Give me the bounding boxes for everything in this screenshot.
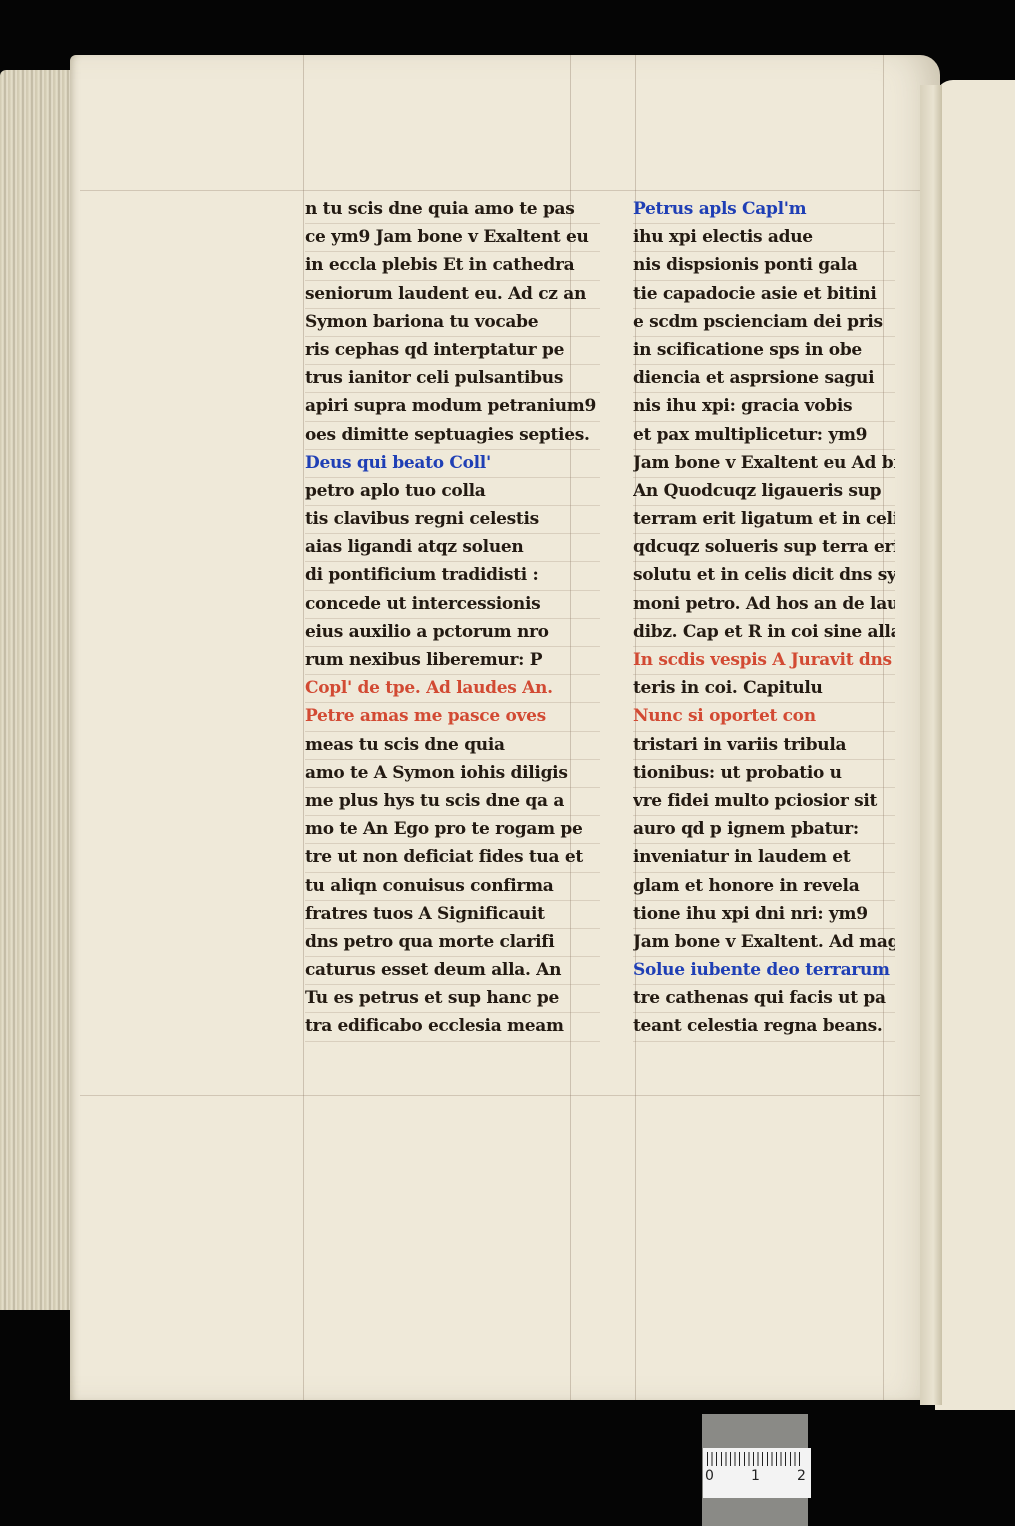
rubric-line: In scdis vespis A Juravit dns et (633, 647, 895, 675)
text-line: seniorum laudent eu. Ad cz an (305, 281, 600, 309)
text-line-initial-red: Nunc si oportet con (633, 703, 895, 731)
text-line: ris cephas qd interptatur pe (305, 337, 600, 365)
text-line: dibz. Cap et R in coi sine alla (633, 619, 895, 647)
text-line: petro aplo tuo colla (305, 478, 600, 506)
ruler-ticks (707, 1452, 803, 1466)
text-line: Jam bone v Exaltent eu Ad bn (633, 450, 895, 478)
text-line: An Quodcuqz ligaueris sup (633, 478, 895, 506)
ruler-label: 1 (751, 1468, 760, 1484)
gutter (920, 85, 942, 1405)
right-text-column: Petrus apls Capl'm ihu xpi electis adue … (633, 196, 895, 1042)
text-line-initial-blue: Solue iubente deo terrarum pe (633, 957, 895, 985)
text-line: ce ym9 Jam bone v Exaltent eu (305, 224, 600, 252)
rubric-line: Copl' de tpe. Ad laudes An. (305, 675, 600, 703)
text-line: trus ianitor celi pulsantibus (305, 365, 600, 393)
text-line: moni petro. Ad hos an de lau (633, 591, 895, 619)
text-line: ihu xpi electis adue (633, 224, 895, 252)
ruler-label: 0 (705, 1468, 714, 1484)
text-line: me plus hys tu scis dne qa a (305, 788, 600, 816)
text-line: tis clavibus regni celestis (305, 506, 600, 534)
text-line: amo te A Symon iohis diligis (305, 760, 600, 788)
text-line: fratres tuos A Significauit (305, 901, 600, 929)
text-line: meas tu scis dne quia (305, 732, 600, 760)
scale-ruler: 0 1 2 (703, 1448, 811, 1498)
text-line: tionibus: ut probatio u (633, 760, 895, 788)
text-line: apiri supra modum petranium9 (305, 393, 600, 421)
text-line: e scdm pscienciam dei pris (633, 309, 895, 337)
text-line: tie capadocie asie et bitini (633, 281, 895, 309)
page-edges (0, 70, 80, 1310)
text-line: mo te An Ego pro te rogam pe (305, 816, 600, 844)
text-line: terram erit ligatum et in celis et (633, 506, 895, 534)
text-line: rum nexibus liberemur: P (305, 647, 600, 675)
text-line: tre cathenas qui facis ut pa (633, 985, 895, 1013)
text-line-initial-blue: Deus qui beato Coll' (305, 450, 600, 478)
text-line: nis dispsionis ponti gala (633, 252, 895, 280)
text-line: caturus esset deum alla. An (305, 957, 600, 985)
ruler-label: 2 (797, 1468, 806, 1484)
text-line: tu aliqn conuisus confirma (305, 873, 600, 901)
text-line: diencia et asprsione sagui (633, 365, 895, 393)
text-line: Tu es petrus et sup hanc pe (305, 985, 600, 1013)
text-line: dns petro qua morte clarifi (305, 929, 600, 957)
text-line: solutu et in celis dicit dns sy (633, 562, 895, 590)
text-line: tra edificabo ecclesia meam (305, 1013, 600, 1041)
text-line: eius auxilio a pctorum nro (305, 619, 600, 647)
ruling-line (303, 55, 304, 1400)
text-line: nis ihu xpi: gracia vobis (633, 393, 895, 421)
left-text-column: n tu scis dne quia amo te pas ce ym9 Jam… (305, 196, 600, 1042)
text-line: et pax multiplicetur: ym9 (633, 422, 895, 450)
text-line: tre ut non deficiat fides tua et (305, 844, 600, 872)
text-line: Symon bariona tu vocabe (305, 309, 600, 337)
text-line: tristari in variis tribula (633, 732, 895, 760)
text-line: in scificatione sps in obe (633, 337, 895, 365)
text-line: oes dimitte septuagies septies. (305, 422, 600, 450)
text-line: vre fidei multo pciosior sit (633, 788, 895, 816)
text-line: qdcuqz solueris sup terra erit (633, 534, 895, 562)
text-line-initial-red: Petre amas me pasce oves (305, 703, 600, 731)
text-line: inveniatur in laudem et (633, 844, 895, 872)
text-line: teant celestia regna beans. (633, 1013, 895, 1041)
text-line: tione ihu xpi dni nri: ym9 (633, 901, 895, 929)
ruling-line (80, 190, 930, 191)
text-line: teris in coi. Capitulu (633, 675, 895, 703)
facing-page (935, 80, 1015, 1410)
text-line: in eccla plebis Et in cathedra (305, 252, 600, 280)
text-line-initial-blue: Petrus apls Capl'm (633, 196, 895, 224)
text-line: n tu scis dne quia amo te pas (305, 196, 600, 224)
text-line: concede ut intercessionis (305, 591, 600, 619)
text-line: auro qd p ignem pbatur: (633, 816, 895, 844)
text-line: glam et honore in revela (633, 873, 895, 901)
ruling-line (80, 1095, 930, 1096)
text-line: Jam bone v Exaltent. Ad mag (633, 929, 895, 957)
text-line: di pontificium tradidisti : (305, 562, 600, 590)
text-line: aias ligandi atqz soluen (305, 534, 600, 562)
